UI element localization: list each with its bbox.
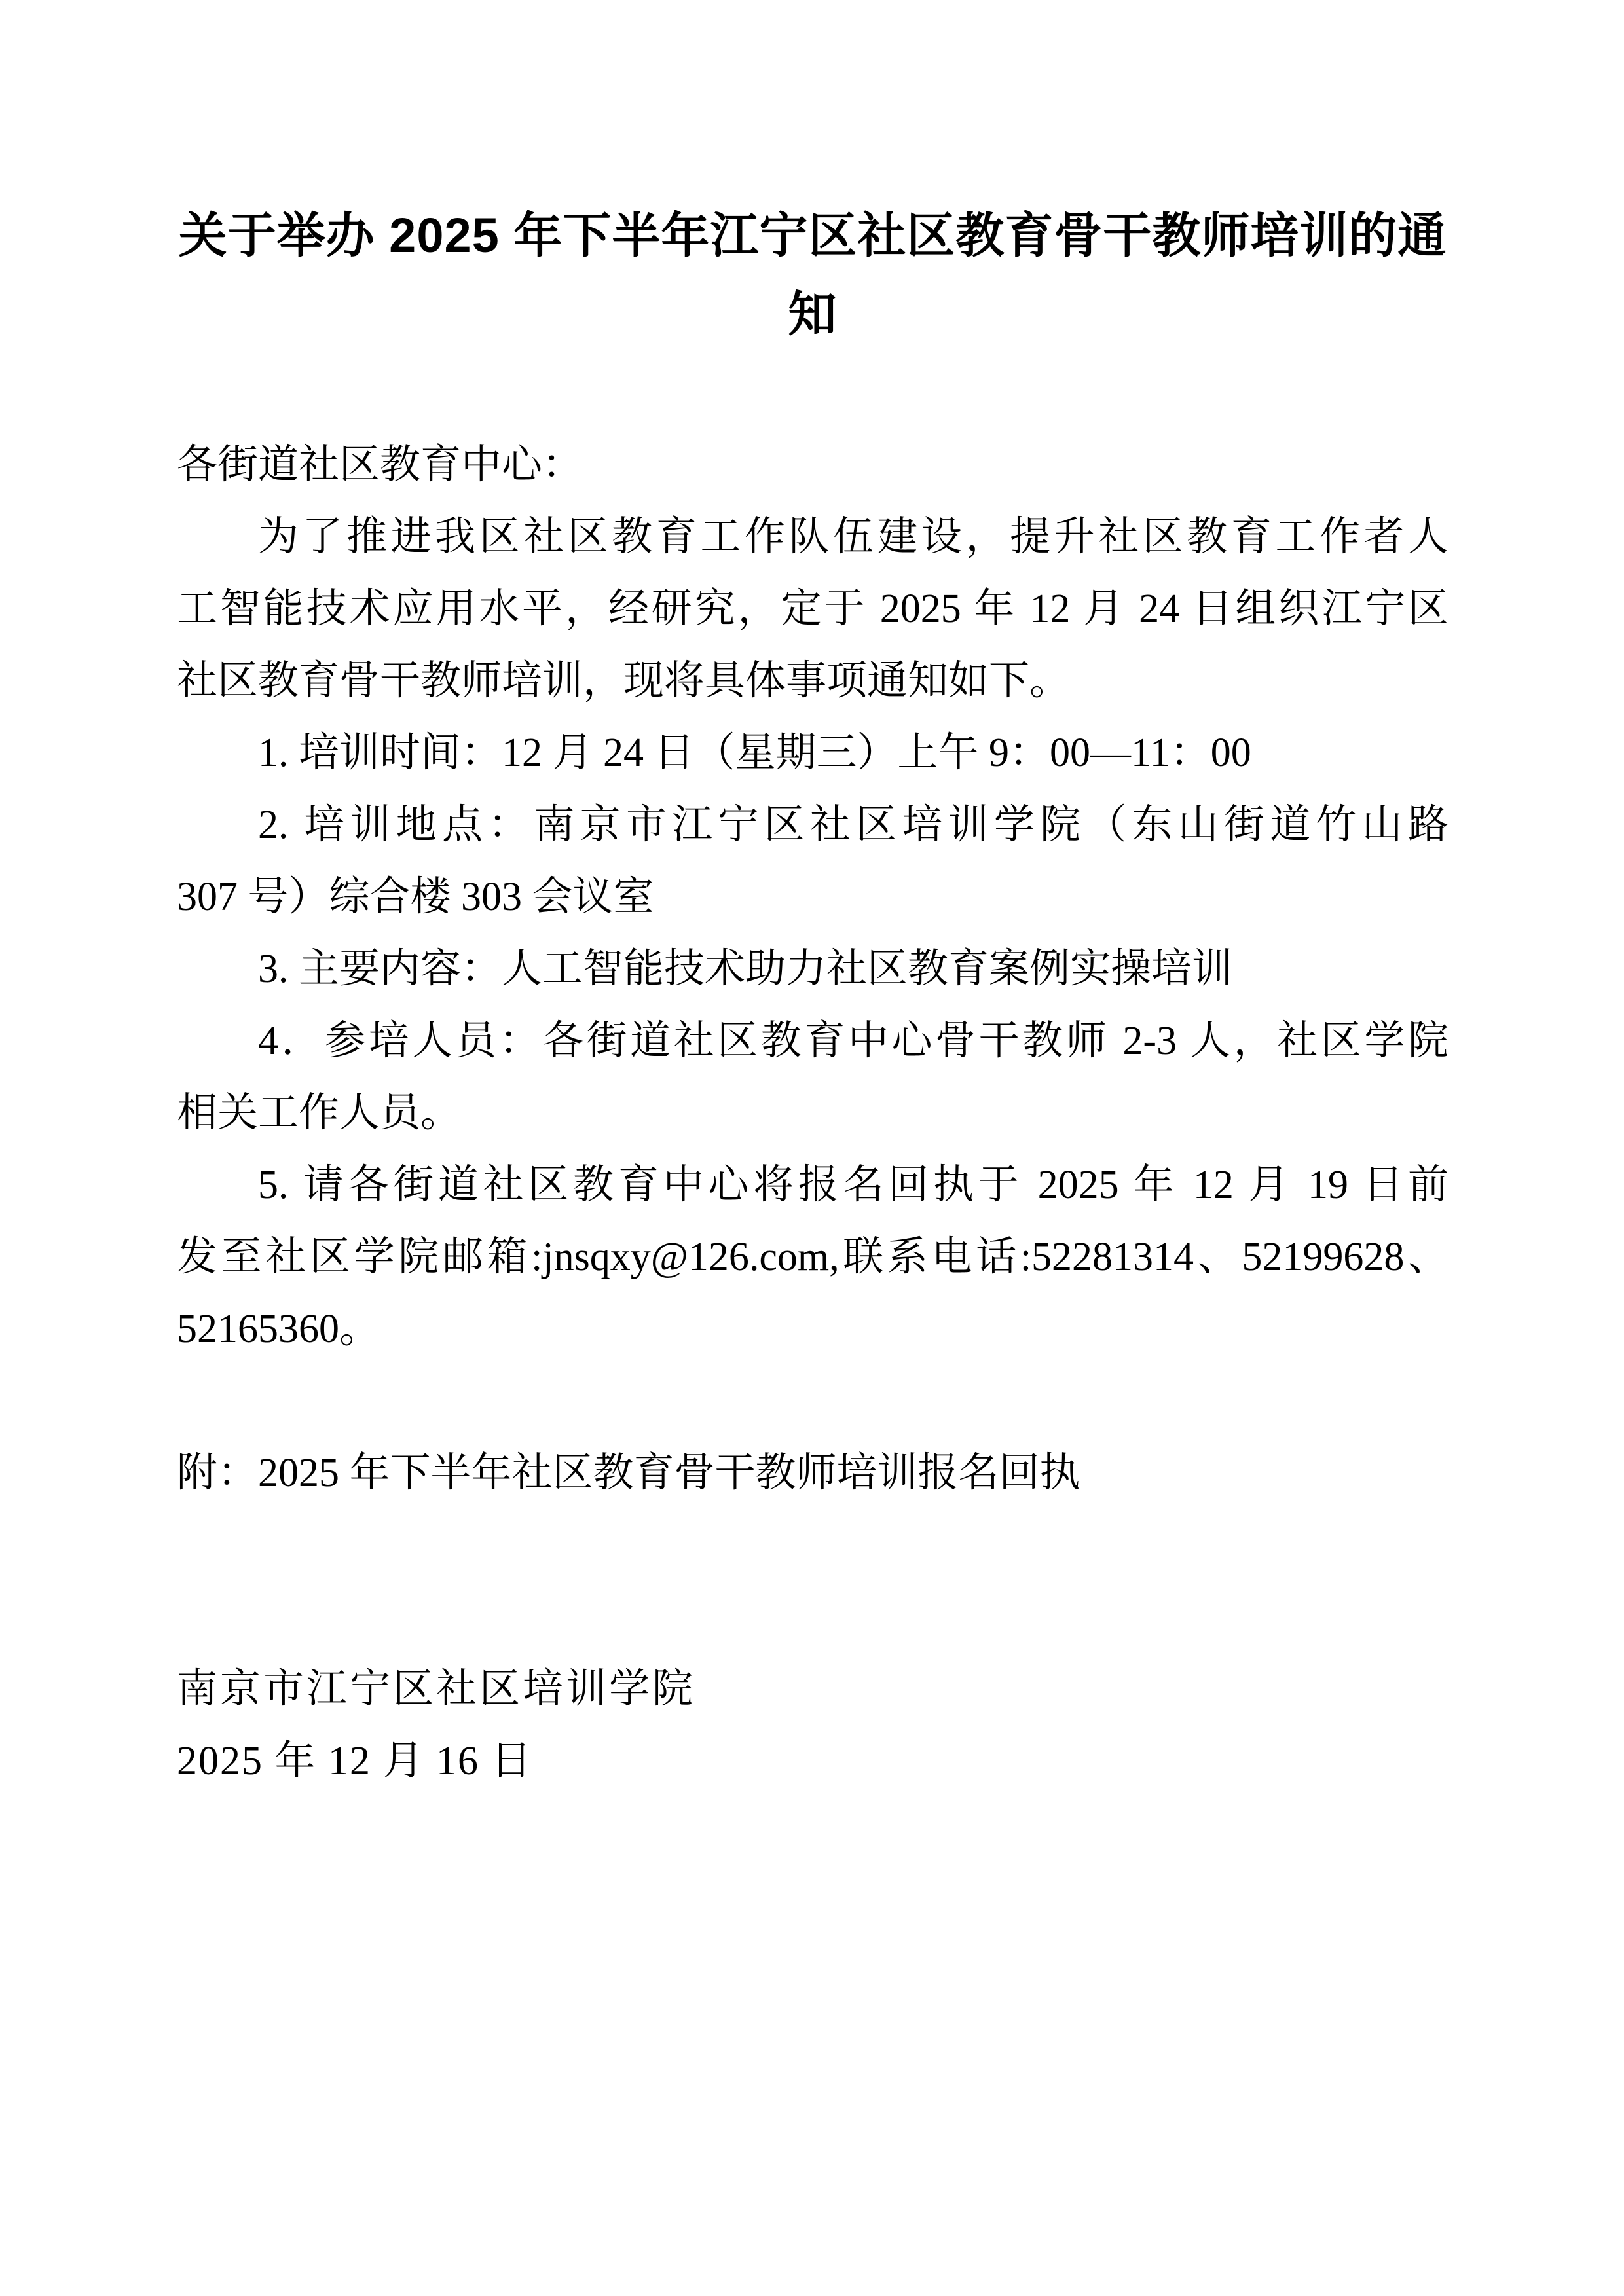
signature-block: 南京市江宁区社区培训学院 2025 年 12 月 16 日	[177, 1653, 1449, 1797]
item-2-location-cont: 307 号）综合楼 303 会议室	[177, 861, 1449, 933]
item-2-location: 2. 培训地点：南京市江宁区社区培训学院（东山街道竹山路	[177, 789, 1449, 861]
intro-line-1: 为了推进我区社区教育工作队伍建设，提升社区教育工作者人	[177, 501, 1449, 573]
item-5-registration: 5. 请各街道社区教育中心将报名回执于 2025 年 12 月 19 日前	[177, 1149, 1449, 1221]
intro-line-2: 工智能技术应用水平，经研究，定于 2025 年 12 月 24 日组织江宁区	[177, 573, 1449, 645]
document-page: 关于举办 2025 年下半年江宁区社区教育骨干教师培训的通知 各街道社区教育中心…	[0, 0, 1624, 2296]
document-title: 关于举办 2025 年下半年江宁区社区教育骨干教师培训的通知	[177, 196, 1449, 354]
item-5-registration-cont-2: 52165360。	[177, 1293, 1449, 1365]
item-4-participants: 4．参培人员：各街道社区教育中心骨干教师 2-3 人，社区学院	[177, 1005, 1449, 1077]
item-5-registration-cont: 发至社区学院邮箱:jnsqxy@126.com,联系电话:52281314、52…	[177, 1221, 1449, 1293]
item-4-participants-cont: 相关工作人员。	[177, 1077, 1449, 1149]
attachment-note: 附：2025 年下半年社区教育骨干教师培训报名回执	[177, 1437, 1449, 1509]
salutation: 各街道社区教育中心：	[177, 429, 1449, 501]
notice-document: 关于举办 2025 年下半年江宁区社区教育骨干教师培训的通知 各街道社区教育中心…	[0, 0, 1624, 1797]
item-1-time: 1. 培训时间：12 月 24 日（星期三）上午 9：00—11：00	[177, 717, 1449, 789]
item-3-content: 3. 主要内容：人工智能技术助力社区教育案例实操培训	[177, 933, 1449, 1005]
signature-date: 2025 年 12 月 16 日	[177, 1725, 1449, 1797]
intro-line-3: 社区教育骨干教师培训，现将具体事项通知如下。	[177, 645, 1449, 717]
signature-org: 南京市江宁区社区培训学院	[177, 1653, 1449, 1725]
